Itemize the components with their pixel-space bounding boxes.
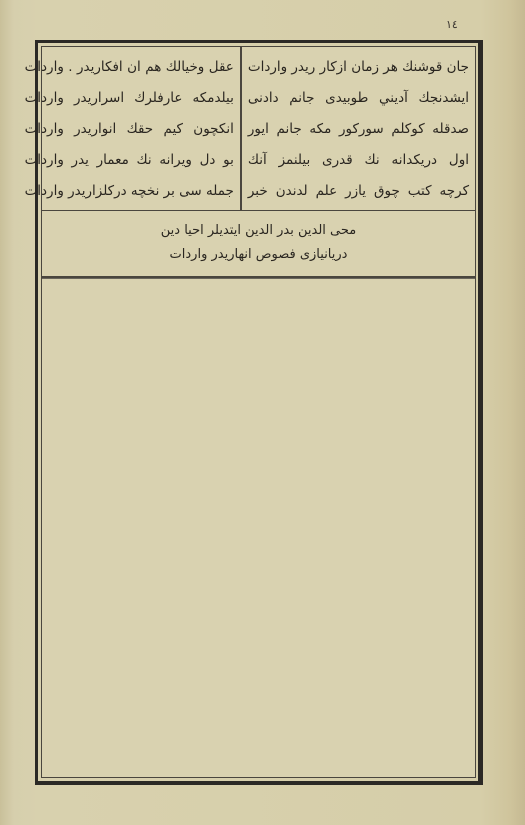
verse-line: ايشدنجك آديني طوبيدى جانم دادنى xyxy=(248,84,469,112)
verse-line: بو دل ويرانه نك معمار يدر واردات xyxy=(25,146,234,174)
couplet-line: دريانيازى فصوص انهاريدر واردات xyxy=(170,243,348,267)
verse-line: انكچون كيم حقك انواريدر واردات xyxy=(25,115,234,143)
verse-line: جان قوشنك هر زمان ازكار ريدر واردات xyxy=(248,53,469,81)
verse-line: جمله سى بر نخچه دركلزاريدر واردات xyxy=(25,177,234,205)
page-number: ١٤ xyxy=(446,18,458,31)
verse-table: جان قوشنك هر زمان ازكار ريدر واردات ايشد… xyxy=(42,47,475,211)
verse-line: صدقله كوكلم سوركور مكه جانم ايور xyxy=(248,115,469,143)
blank-page-area xyxy=(42,278,475,777)
verse-line: كرچه كتب چوق يازر علم لدندن خبر xyxy=(248,177,469,205)
couplet-line: محى الدين بدر الدين ايتديلر احيا دين xyxy=(161,219,356,243)
verse-column-right: جان قوشنك هر زمان ازكار ريدر واردات ايشد… xyxy=(241,47,475,210)
page-border-frame: جان قوشنك هر زمان ازكار ريدر واردات ايشد… xyxy=(35,40,483,785)
closing-couplet: محى الدين بدر الدين ايتديلر احيا دين دري… xyxy=(42,210,475,278)
verse-line: اول دريكدانه نك قدرى بيلنمز آنك xyxy=(248,146,469,174)
verse-line: بيلدمكه عارفلرك اسراريدر واردات xyxy=(25,84,234,112)
inner-border-frame: جان قوشنك هر زمان ازكار ريدر واردات ايشد… xyxy=(41,46,476,778)
verse-column-left: عقل وخيالك هم ان افكاريدر . واردات بيلدم… xyxy=(19,47,240,210)
verse-line: عقل وخيالك هم ان افكاريدر . واردات xyxy=(25,53,234,81)
